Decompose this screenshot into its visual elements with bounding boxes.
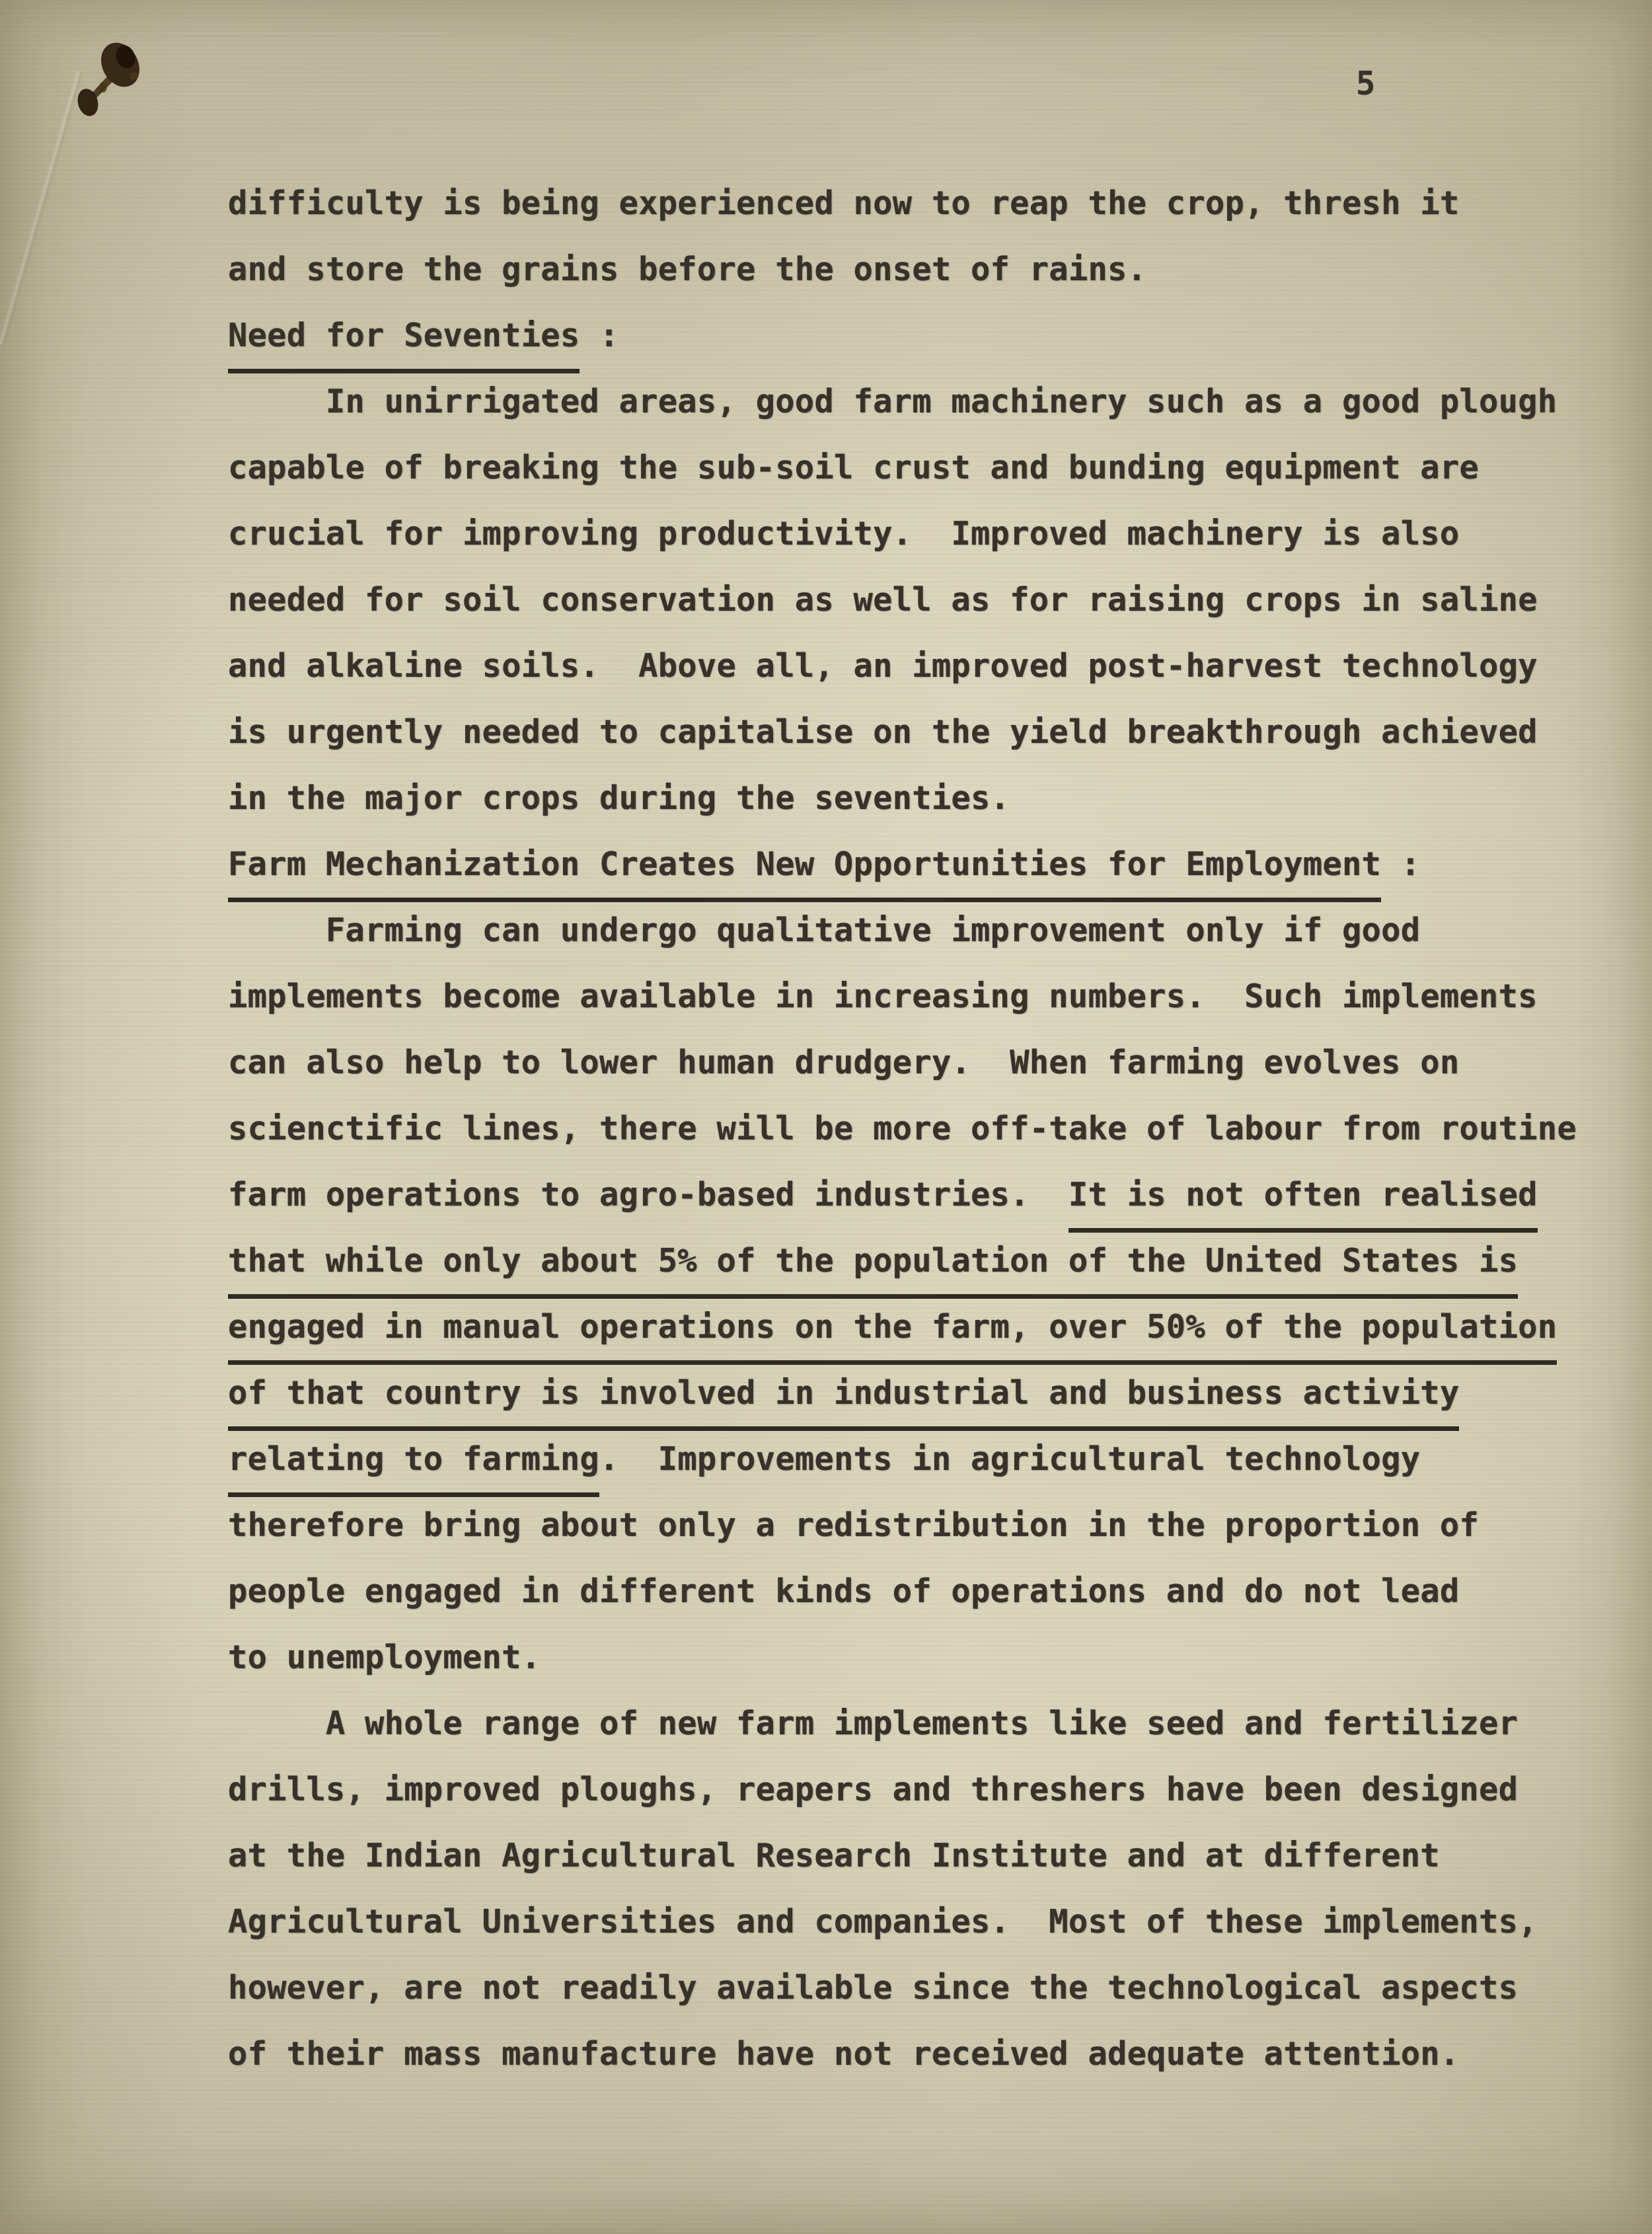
text-segment: people engaged in different kinds of ope… xyxy=(228,1572,1459,1610)
text-line: crucial for improving productivity. Impr… xyxy=(228,501,1577,567)
text-segment: and store the grains before the onset of… xyxy=(228,250,1146,288)
text-line: people engaged in different kinds of ope… xyxy=(228,1559,1577,1625)
text-segment: A whole range of new farm implements lik… xyxy=(228,1705,1518,1742)
text-line: Need for Seventies : xyxy=(228,303,1577,369)
underlined-text-segment: Need for Seventies xyxy=(228,303,580,373)
text-line: and store the grains before the onset of… xyxy=(228,237,1577,303)
text-segment: drills, improved ploughs, reapers and th… xyxy=(228,1771,1518,1808)
text-line: capable of breaking the sub-soil crust a… xyxy=(228,435,1577,501)
text-line: at the Indian Agricultural Research Inst… xyxy=(228,1823,1577,1889)
underlined-text-segment: It is not often realised xyxy=(1069,1162,1538,1233)
text-line: however, are not readily available since… xyxy=(228,1955,1577,2021)
text-line: implements become available in increasin… xyxy=(228,964,1577,1030)
text-line: of their mass manufacture have not recei… xyxy=(228,2021,1577,2087)
text-line: Farm Mechanization Creates New Opportuni… xyxy=(228,831,1577,898)
text-segment: difficulty is being experienced now to r… xyxy=(228,184,1459,222)
text-segment: can also help to lower human drudgery. W… xyxy=(228,1044,1459,1081)
text-line: relating to farming. Improvements in agr… xyxy=(228,1426,1577,1492)
text-segment: . Improvements in agricultural technolog… xyxy=(599,1440,1420,1478)
text-segment: In unirrigated areas, good farm machiner… xyxy=(228,383,1557,420)
text-segment: scienctific lines, there will be more of… xyxy=(228,1110,1577,1147)
text-segment: is urgently needed to capitalise on the … xyxy=(228,713,1538,751)
ink-stain-mark xyxy=(20,13,172,152)
text-line: that while only about 5% of the populati… xyxy=(228,1228,1577,1294)
text-segment: at the Indian Agricultural Research Inst… xyxy=(228,1837,1440,1874)
text-line: in the major crops during the seventies. xyxy=(228,765,1577,831)
text-line: can also help to lower human drudgery. W… xyxy=(228,1030,1577,1096)
text-segment: : xyxy=(580,317,619,354)
text-segment: crucial for improving productivity. Impr… xyxy=(228,515,1459,553)
text-line: Agricultural Universities and companies.… xyxy=(228,1889,1577,1955)
underlined-text-segment: that while only about 5% of the populati… xyxy=(228,1228,1518,1299)
underlined-text-segment: of that country is involved in industria… xyxy=(228,1360,1459,1431)
scanned-typewritten-page: 5 difficulty is being experienced now to… xyxy=(0,0,1652,2234)
text-segment: therefore bring about only a redistribut… xyxy=(228,1506,1479,1544)
text-segment: in the major crops during the seventies. xyxy=(228,779,1010,817)
text-line: therefore bring about only a redistribut… xyxy=(228,1492,1577,1559)
underlined-text-segment: Farm Mechanization Creates New Opportuni… xyxy=(228,831,1381,902)
text-line: to unemployment. xyxy=(228,1625,1577,1691)
text-segment: : xyxy=(1381,845,1420,883)
text-line: engaged in manual operations on the farm… xyxy=(228,1294,1577,1360)
text-segment: however, are not readily available since… xyxy=(228,1969,1518,2007)
text-line: is urgently needed to capitalise on the … xyxy=(228,699,1577,765)
text-line: and alkaline soils. Above all, an improv… xyxy=(228,633,1577,699)
text-line: A whole range of new farm implements lik… xyxy=(228,1691,1577,1757)
text-line: needed for soil conservation as well as … xyxy=(228,567,1577,633)
text-line: Farming can undergo qualitative improvem… xyxy=(228,898,1577,964)
text-segment: needed for soil conservation as well as … xyxy=(228,581,1538,619)
text-line: scienctific lines, there will be more of… xyxy=(228,1096,1577,1162)
text-segment: capable of breaking the sub-soil crust a… xyxy=(228,449,1479,486)
text-segment: implements become available in increasin… xyxy=(228,978,1538,1015)
text-segment: farm operations to agro-based industries… xyxy=(228,1176,1069,1213)
text-segment: of their mass manufacture have not recei… xyxy=(228,2035,1459,2073)
text-line: difficulty is being experienced now to r… xyxy=(228,171,1577,237)
underlined-text-segment: relating to farming xyxy=(228,1426,599,1497)
text-segment: to unemployment. xyxy=(228,1638,541,1676)
text-line: farm operations to agro-based industries… xyxy=(228,1162,1577,1228)
document-body-text: difficulty is being experienced now to r… xyxy=(228,0,1577,2087)
text-line: of that country is involved in industria… xyxy=(228,1360,1577,1426)
text-segment: Farming can undergo qualitative improvem… xyxy=(228,911,1420,949)
text-line: drills, improved ploughs, reapers and th… xyxy=(228,1757,1577,1823)
text-segment: and alkaline soils. Above all, an improv… xyxy=(228,647,1538,685)
underlined-text-segment: engaged in manual operations on the farm… xyxy=(228,1294,1557,1365)
text-line: In unirrigated areas, good farm machiner… xyxy=(228,369,1577,435)
text-segment: Agricultural Universities and companies.… xyxy=(228,1903,1538,1941)
